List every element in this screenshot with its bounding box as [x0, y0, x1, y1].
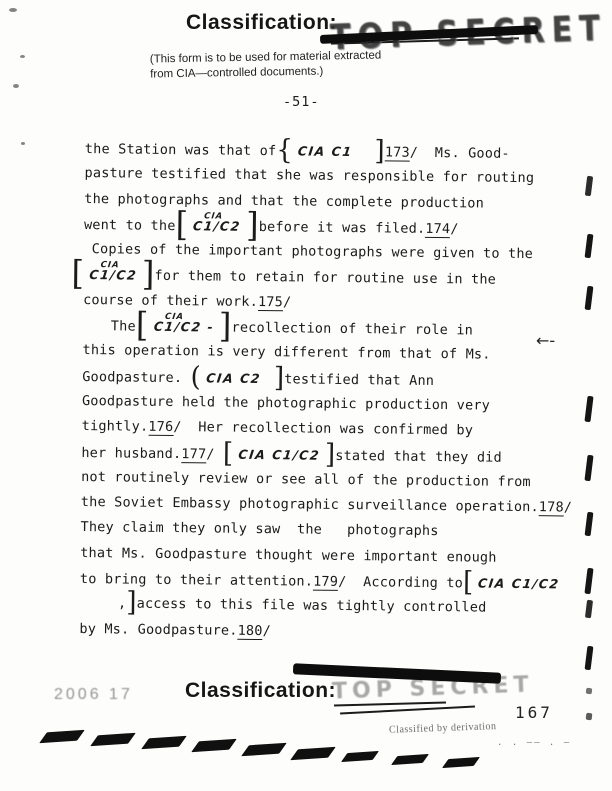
binding-edge-mark — [585, 234, 594, 259]
typed-text: They claim they only saw the photographs — [80, 519, 438, 539]
typed-text: / — [206, 446, 223, 462]
binding-edge-mark — [585, 176, 593, 197]
scan-speck — [13, 84, 19, 88]
typed-text: testified that Ann — [284, 371, 434, 389]
footer-faint-dashes: . . —— . — — [497, 738, 571, 748]
binding-edge-mark — [584, 455, 593, 482]
handwritten-redaction-code: C1/C2CIA — [192, 213, 243, 239]
handwritten-redaction-code: CIA C2 — [204, 365, 262, 391]
typed-text: for them to retain for routine use in th… — [155, 268, 497, 288]
footnote-number: 173 — [385, 144, 410, 161]
typed-text: / — [564, 500, 573, 516]
typed-text: went to the — [84, 217, 176, 234]
typed-text: recollection of their role in — [231, 320, 473, 339]
typed-text: / — [263, 623, 272, 639]
typed-text: / According to — [338, 574, 463, 591]
document-body-text: the Station was that of{CIA C1 ]173/ Ms.… — [79, 136, 585, 648]
typed-text: Copies of the important photographs were… — [92, 241, 534, 262]
typed-text — [358, 144, 375, 160]
binding-edge-mark — [586, 688, 593, 695]
scan-speck — [20, 55, 25, 58]
footer-registration-dash — [141, 736, 187, 749]
footnote-number: 175 — [258, 294, 283, 311]
scan-speck — [21, 142, 25, 145]
binding-edge-mark — [584, 568, 593, 595]
typed-text: the photographs and that the complete pr… — [84, 191, 484, 212]
typed-text: , — [110, 596, 127, 612]
classified-by-derivation-note: Classified by derivation — [389, 721, 497, 736]
handwritten-redaction-code: C1/C2 -CIA — [152, 314, 215, 340]
classification-underline-bottom-2 — [340, 705, 475, 714]
body-line: by Ms. Goodpasture.180/ — [79, 617, 579, 648]
margin-arrow-annotation: ←- — [536, 331, 555, 350]
typed-text: / — [450, 221, 459, 237]
scan-speck — [9, 8, 17, 12]
binding-edge-mark — [584, 396, 593, 423]
typed-text: The — [111, 318, 136, 334]
footnote-number: 176 — [148, 419, 173, 436]
form-note-line2: from CIA—controlled documents.) — [150, 66, 323, 81]
binding-edge-mark — [585, 600, 593, 619]
handwritten-redaction-code-superscript: CIA — [99, 254, 121, 279]
typed-text: not routinely review or see all of the p… — [81, 469, 531, 490]
typed-text: by Ms. Goodpasture. — [79, 621, 237, 639]
typed-text: before it was filed. — [259, 219, 426, 237]
typed-text: to bring to their attention. — [80, 571, 313, 590]
typed-text: the Soviet Embassy photographic surveill… — [81, 494, 539, 515]
footnote-number: 178 — [539, 499, 564, 516]
typed-text: that Ms. Goodpasture thought were import… — [80, 545, 497, 566]
body-line: [C1/C2CIA]for them to retain for routine… — [71, 262, 583, 293]
classification-label-bottom: Classification: — [185, 679, 336, 703]
classification-label-top: Classification: — [186, 11, 337, 35]
typed-text: / Her recollection was confirmed by — [173, 419, 473, 438]
typed-text: access to this file was tightly controll… — [137, 596, 487, 616]
form-note-line1: (This form is to be used for material ex… — [150, 49, 382, 65]
footnote-number: 174 — [425, 221, 450, 238]
typed-text: the Station was that of — [85, 141, 277, 159]
footer-registration-dash — [90, 733, 136, 746]
typed-text: Goodpasture. — [82, 369, 190, 386]
footer-registration-dash — [191, 739, 237, 752]
form-note: (This form is to be used for material ex… — [150, 47, 440, 82]
binding-edge-mark — [585, 512, 594, 537]
footer-registration-dash — [39, 730, 85, 743]
handwritten-redaction-code-superscript: CIA — [203, 204, 225, 229]
binding-edge-mark — [585, 646, 594, 671]
footer-registration-dash — [442, 757, 480, 768]
page-number-bottom: 167 — [515, 703, 553, 722]
page-number-top: -51- — [283, 94, 320, 110]
footer-registration-dash — [241, 743, 287, 756]
footer-registration-dash — [290, 747, 336, 760]
typed-text: / Ms. Good- — [410, 145, 510, 162]
footnote-number: 177 — [181, 446, 206, 463]
typed-text: her husband. — [81, 445, 181, 462]
typed-text: pasture testified that she was responsib… — [84, 165, 534, 186]
footer-registration-dash — [391, 754, 429, 765]
typed-text — [266, 371, 275, 387]
typed-text: this operation is very different from th… — [82, 342, 490, 363]
typed-text: / — [283, 294, 292, 310]
handwritten-redaction-code: CIA C1 — [297, 138, 355, 164]
typed-text: stated that they did — [335, 447, 502, 465]
scanned-document-page: Classification: TOP SECRET (This form is… — [0, 0, 612, 791]
footnote-number: 179 — [313, 574, 338, 591]
date-stamp: 2006 17 — [54, 686, 133, 704]
handwritten-redaction-code: CIA C1/C2 — [477, 571, 562, 597]
footer-registration-dash — [341, 751, 379, 762]
binding-edge-mark — [586, 713, 593, 721]
footnote-number: 180 — [238, 622, 263, 639]
binding-edge-mark — [585, 286, 594, 311]
typed-text: Goodpasture held the photographic produc… — [82, 393, 490, 414]
handwritten-redaction-code: CIA C1/C2 — [237, 441, 322, 467]
typed-text: tightly. — [82, 418, 149, 435]
handwritten-redaction-code: C1/C2CIA — [88, 263, 139, 289]
handwritten-redaction-code-superscript: CIA — [163, 305, 185, 330]
